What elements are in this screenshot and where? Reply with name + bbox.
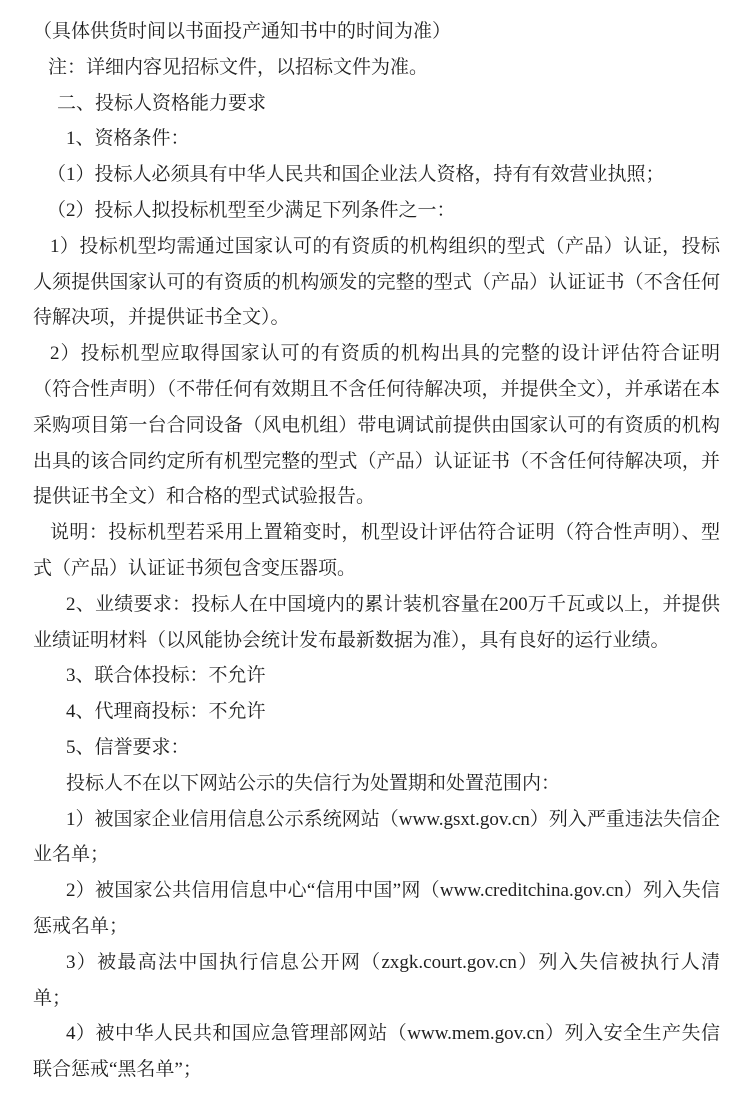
para-model-item-2-design-evaluation: 2）投标机型应取得国家认可的有资质的机构出具的完整的设计评估符合证明（符合性声明…: [33, 336, 720, 515]
para-reputation-requirement: 5、信誉要求：: [33, 730, 720, 766]
para-agent-bidding: 4、代理商投标：不允许: [33, 694, 720, 730]
para-credit-site-4-mem: 4）被中华人民共和国应急管理部网站（www.mem.gov.cn）列入安全生产失…: [33, 1016, 720, 1088]
para-condition-1-legal-person: （1）投标人必须具有中华人民共和国企业法人资格，持有有效营业执照；: [33, 157, 720, 193]
heading-bidder-qualification-requirements: 二、投标人资格能力要求: [33, 86, 720, 122]
para-consortium-bidding: 3、联合体投标：不允许: [33, 658, 720, 694]
para-qualification-conditions: 1、资格条件：: [33, 121, 720, 157]
para-model-item-1-type-certification: 1）投标机型均需通过国家认可的有资质的机构组织的型式（产品）认证，投标人须提供国…: [33, 229, 720, 336]
para-credit-intro: 投标人不在以下网站公示的失信行为处置期和处置范围内：: [33, 766, 720, 802]
para-credit-site-1-gsxt: 1）被国家企业信用信息公示系统网站（www.gsxt.gov.cn）列入严重违法…: [33, 802, 720, 874]
para-remark-transformer: 说明：投标机型若采用上置箱变时，机型设计评估符合证明（符合性声明）、型式（产品）…: [33, 515, 720, 587]
para-credit-site-2-creditchina: 2）被国家公共信用信息中心“信用中国”网（www.creditchina.gov…: [33, 873, 720, 945]
para-note-tender-docs: 注：详细内容见招标文件，以招标文件为准。: [33, 50, 720, 86]
para-supply-time-note: （具体供货时间以书面投产通知书中的时间为准）: [33, 14, 720, 50]
para-condition-2-model-requirements: （2）投标人拟投标机型至少满足下列条件之一：: [33, 193, 720, 229]
para-performance-requirement: 2、业绩要求：投标人在中国境内的累计装机容量在200万千瓦或以上，并提供业绩证明…: [33, 587, 720, 659]
document-page: （具体供货时间以书面投产通知书中的时间为准） 注：详细内容见招标文件，以招标文件…: [0, 0, 756, 1112]
para-credit-site-3-zxgk-court: 3）被最高法中国执行信息公开网（zxgk.court.gov.cn）列入失信被执…: [33, 945, 720, 1017]
